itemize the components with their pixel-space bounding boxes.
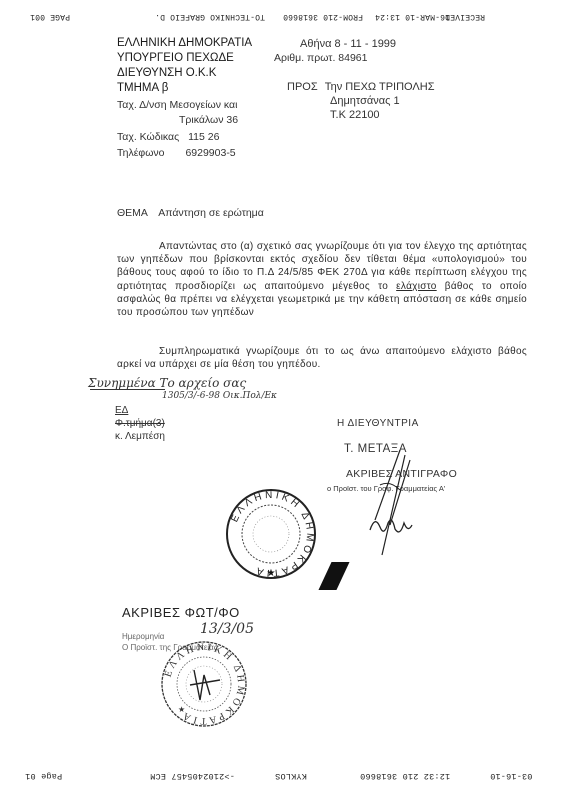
fax-header-from: FROM-210 3618660 (283, 12, 363, 21)
fax-footer-time: 12:32 210 3618660 (360, 771, 450, 781)
official-seal-2: ΕΛΛΗΝΙΚΗ ΔΗΜΟΚΡΑΤΙΑ ★ (160, 640, 248, 728)
recipient-name: Την ΠΕΧΩ ΤΡΙΠΟΛΗΣ (325, 81, 435, 93)
fax-header-datetime: 16-MAR-10 13:24 (375, 12, 450, 21)
svg-text:★: ★ (178, 705, 185, 714)
body-paragraph-1: Απαντώντας στο (α) σχετικό σας γνωρίζουμ… (117, 240, 527, 319)
sender-block: ΕΛΛΗΝΙΚΗ ΔΗΜΟΚΡΑΤΙΑ ΥΠΟΥΡΓΕΙΟ ΠΕΧΩΔΕ ΔΙΕ… (117, 36, 252, 96)
sender-postal-label: Ταχ. Κώδικας (117, 131, 179, 143)
distribution-label: ΕΔ (115, 404, 165, 417)
svg-text:★: ★ (267, 568, 276, 579)
handwritten-note-line1: Συνημμένα Το αρχείο σας (88, 376, 246, 390)
signature-scribble (360, 445, 440, 565)
recipient-street: Δημητσάνας 1 (287, 94, 435, 108)
subject-label: ΘΕΜΑ (117, 207, 147, 219)
subject-text: Απάντηση σε ερώτημα (158, 207, 264, 219)
body-p1-underlined: ελάχιστο (396, 281, 437, 292)
sender-address-line1: Ταχ. Δ/νση Μεσογείων και (117, 98, 238, 113)
fax-header-received: RECEIVED (445, 12, 485, 21)
recipient-postcode: Τ.Κ 22100 (287, 108, 435, 122)
signature-title: Η ΔΙΕΥΘΥΝΤΡΙΑ (337, 417, 419, 430)
fax-header-page: PAGE 001 (30, 12, 70, 21)
fax-footer-to: ->2102405457 ECM (150, 771, 235, 781)
sender-directorate: ΔΙΕΥΘΥΝΣΗ Ο.Κ.Κ (117, 66, 252, 81)
sender-phone-label: Τηλέφωνο (117, 147, 165, 159)
fax-footer-page: Page 01 (25, 771, 62, 781)
sender-address: Ταχ. Δ/νση Μεσογείων και Τρικάλων 36 Ταχ… (117, 98, 238, 161)
handwritten-underline (90, 389, 165, 390)
distribution-person: κ. Λεμπέση (115, 430, 165, 443)
recipient-block: ΠΡΟΣ Την ΠΕΧΩ ΤΡΙΠΟΛΗΣ Δημητσάνας 1 Τ.Κ … (287, 80, 435, 122)
handwritten-note-line2: 1305/3/-6-98 Οικ.Πολ/Εκ (162, 391, 277, 401)
sender-postal: Ταχ. Κώδικας 115 26 (117, 130, 238, 145)
sender-ministry: ΥΠΟΥΡΓΕΙΟ ΠΕΧΩΔΕ (117, 51, 252, 66)
subject-line: ΘΕΜΑ Απάντηση σε ερώτημα (117, 207, 264, 220)
distribution-block: ΕΔ Φ.τμήμα(3) κ. Λεμπέση (115, 404, 165, 443)
document-date: Αθήνα 8 - 11 - 1999 (300, 38, 396, 51)
body-paragraph-2: Συμπληρωματικά γνωρίζουμε ότι το ως άνω … (117, 345, 527, 371)
fax-footer-sender: KYKLOS (275, 771, 307, 781)
svg-text:ΕΛΛΗΝΙΚΗ ΔΗΜΟΚΡΑΤΙΑ: ΕΛΛΗΝΙΚΗ ΔΗΜΟΚΡΑΤΙΑ (163, 642, 247, 726)
sender-country: ΕΛΛΗΝΙΚΗ ΔΗΜΟΚΡΑΤΙΑ (117, 36, 252, 51)
seal-ink-mark (318, 562, 349, 590)
official-seal-1: ΕΛΛΗΝΙΚΗ ΔΗΜΟΚΡΑΤΙΑ ★ (225, 488, 317, 580)
recipient-to-label: ΠΡΟΣ (287, 81, 318, 93)
protocol-number: Αριθμ. πρωτ. 84961 (274, 52, 367, 65)
copy-stamp2-title: ΑΚΡΙΒΕΣ ΦΩΤ/ΦΟ (122, 606, 240, 619)
sender-address-line2: Τρικάλων 36 (117, 113, 238, 128)
sender-phone: Τηλέφωνο 6929903-5 (117, 146, 238, 161)
sender-section: ΤΜΗΜΑ β (117, 81, 252, 96)
fax-header-to: TO-TECHNIKO GRAFEIO D. (155, 12, 265, 21)
sender-postal-value: 115 26 (188, 131, 219, 143)
fax-footer-date: 03-16-10 (490, 771, 532, 781)
copy-stamp2-date: 13/3/05 (200, 621, 254, 637)
sender-phone-value: 6929903-5 (185, 147, 235, 159)
distribution-item: Φ.τμήμα(3) (115, 417, 165, 430)
